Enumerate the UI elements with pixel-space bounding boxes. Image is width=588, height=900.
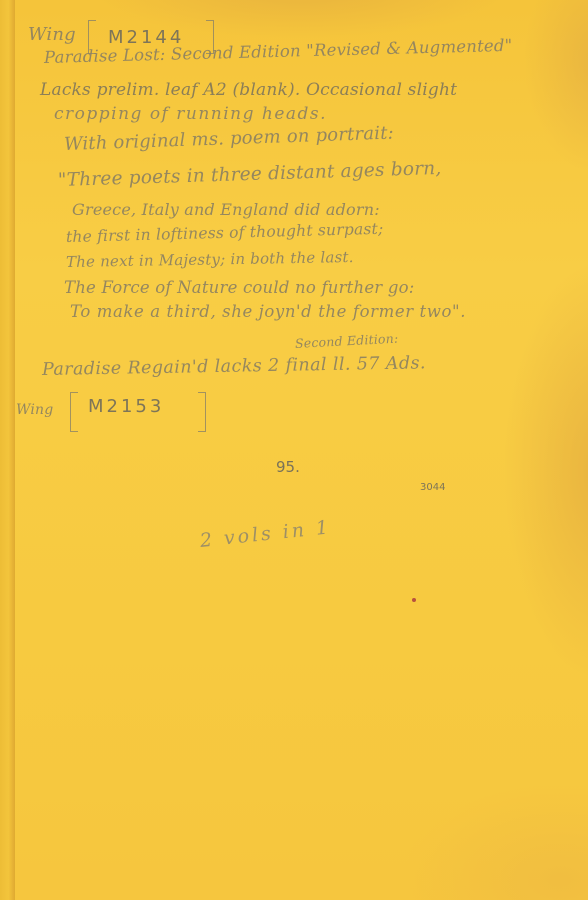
- catalog-ref-2: M2153: [88, 396, 164, 417]
- volume-note: 2 vols in 1: [199, 516, 332, 552]
- poem-line-6: To make a third, she joyn'd the former t…: [70, 302, 466, 321]
- entry-2-paradise-regained-line: Paradise Regain'd lacks 2 final ll. 57 A…: [42, 353, 426, 380]
- binding-gutter: [0, 0, 15, 900]
- entry-1-ms-poem-line: With original ms. poem on portrait:: [64, 122, 395, 155]
- stock-number: 3044: [420, 482, 445, 493]
- second-edition-note: Second Edition:: [295, 331, 399, 351]
- poem-line-4: The next in Majesty; in both the last.: [66, 248, 354, 271]
- price-note: 95.: [276, 458, 300, 476]
- wing-label-2: Wing: [16, 402, 53, 418]
- poem-line-2: Greece, Italy and England did adorn:: [72, 200, 380, 219]
- red-ink-spot: [412, 598, 416, 602]
- poem-line-3: the first in loftiness of thought surpas…: [66, 220, 384, 246]
- poem-line-1: "Three poets in three distant ages born,: [58, 158, 442, 191]
- entry-1-cropping-line: cropping of running heads.: [54, 104, 327, 124]
- entry-1-condition-line: Lacks prelim. leaf A2 (blank). Occasiona…: [40, 80, 457, 100]
- endpaper-page: Wing M2144 Paradise Lost: Second Edition…: [0, 0, 588, 900]
- wing-label-1: Wing: [28, 24, 76, 45]
- poem-line-5: The Force of Nature could no further go:: [64, 278, 415, 297]
